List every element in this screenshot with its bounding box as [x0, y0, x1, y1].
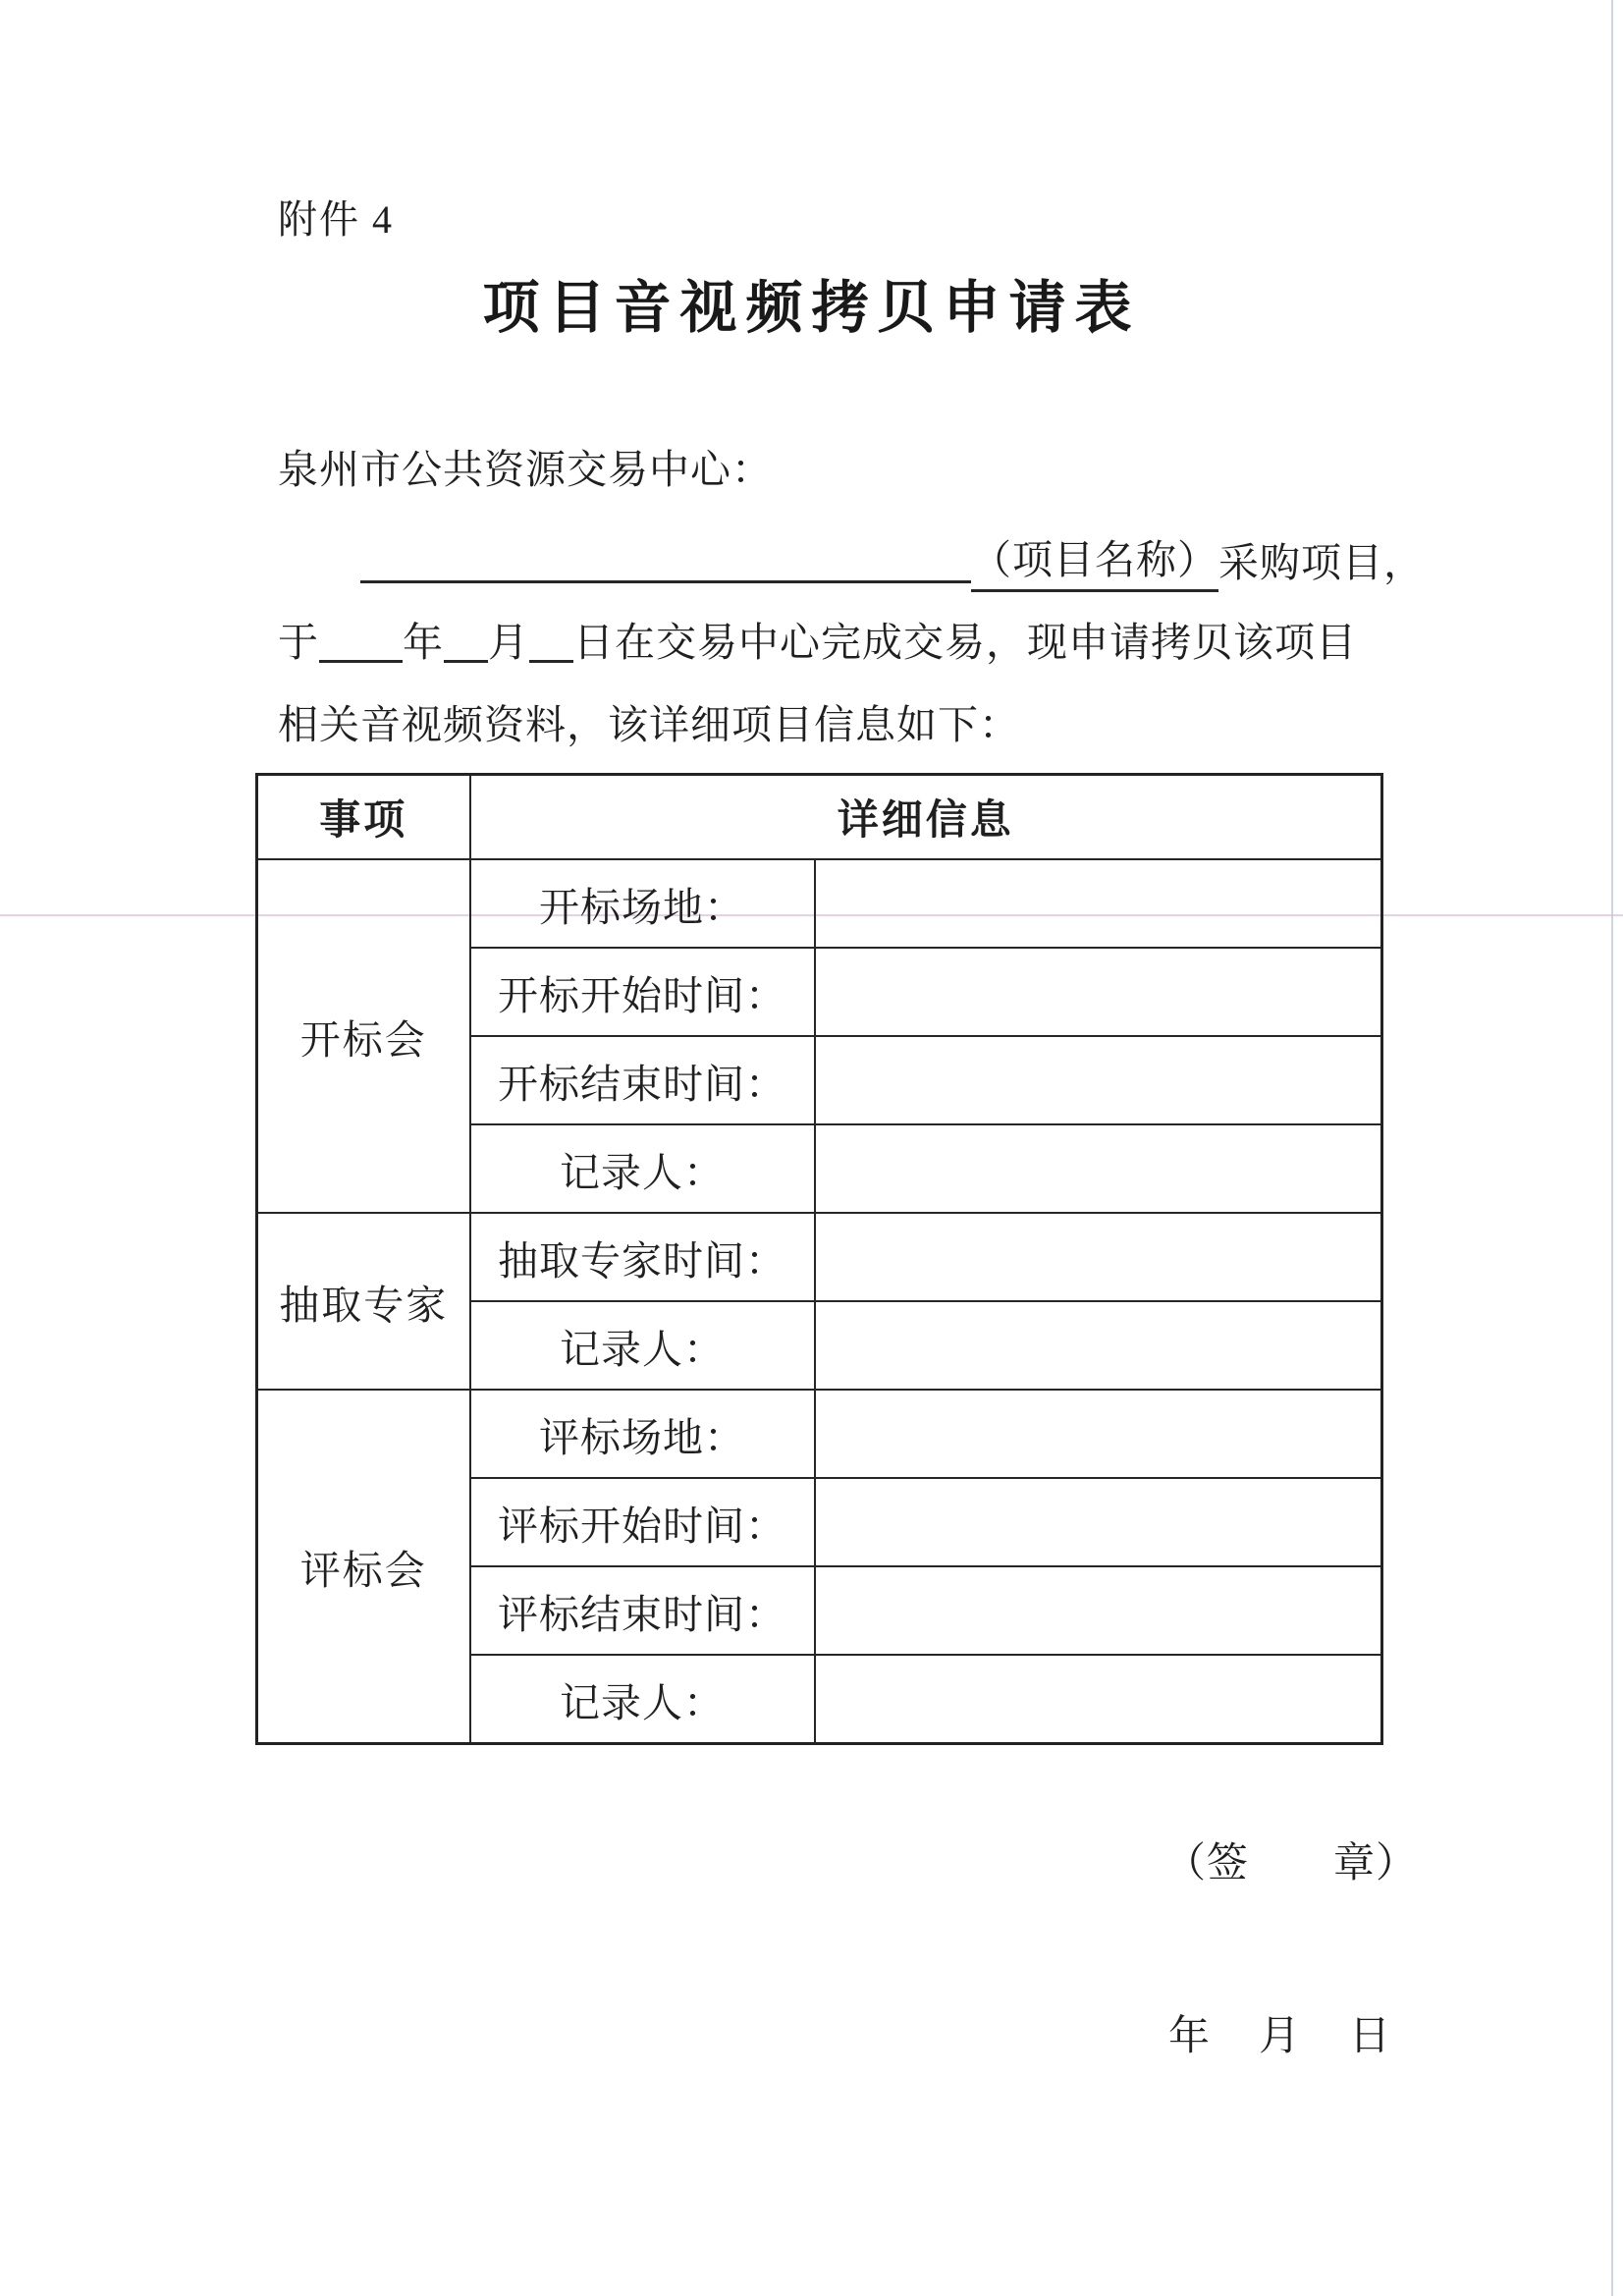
form-title: 项目音视频拷贝申请表 — [0, 261, 1623, 344]
field-value-cell — [815, 859, 1382, 948]
field-value-cell — [815, 948, 1382, 1036]
table-header-row: 事项 详细信息 — [257, 775, 1382, 860]
table-row: 评标会 评标场地： — [257, 1390, 1382, 1478]
year-blank-underline — [319, 620, 403, 663]
field-label-extraction-time: 抽取专家时间： — [470, 1213, 815, 1301]
field-value-cell — [815, 1655, 1382, 1744]
date-line-prefix: 于 — [278, 620, 319, 665]
field-value-cell — [815, 1566, 1382, 1655]
field-label-evaluation-end-time: 评标结束时间： — [470, 1566, 815, 1655]
salutation-line: 泉州市公共资源交易中心： — [278, 440, 773, 499]
table-row: 开标会 开标场地： — [257, 859, 1382, 948]
month-blank-underline — [444, 620, 488, 663]
attachment-label: 附件 4 — [278, 189, 394, 245]
field-value-cell — [815, 1301, 1382, 1390]
project-name-line: （项目名称）采购项目， — [278, 530, 1425, 592]
project-name-placeholder: （项目名称） — [971, 530, 1218, 592]
scan-artifact-vertical-line — [1611, 0, 1613, 2296]
field-label-evaluation-start-time: 评标开始时间： — [470, 1478, 815, 1566]
field-value-cell — [815, 1124, 1382, 1213]
field-label-evaluation-recorder: 记录人： — [470, 1655, 815, 1744]
field-label-opening-end-time: 开标结束时间： — [470, 1036, 815, 1124]
date-line-suffix: 日在交易中心完成交易，现申请拷贝该项目 — [573, 620, 1357, 665]
project-name-blank-underline — [360, 540, 971, 583]
date-stamp-line: 年 月 日 — [1168, 2003, 1394, 2062]
field-label-extraction-recorder: 记录人： — [470, 1301, 815, 1390]
transaction-date-line: 于年月日在交易中心完成交易，现申请拷贝该项目 — [278, 613, 1357, 672]
category-cell-bid-opening: 开标会 — [257, 859, 470, 1213]
body-line: 相关音视频资料，该详细项目信息如下： — [278, 695, 1020, 754]
scanned-form-page: 附件 4 项目音视频拷贝申请表 泉州市公共资源交易中心： （项目名称）采购项目，… — [0, 0, 1623, 2296]
table-row: 抽取专家 抽取专家时间： — [257, 1213, 1382, 1301]
column-header-detail: 详细信息 — [470, 775, 1382, 860]
project-info-table: 事项 详细信息 开标会 开标场地： 开标开始时间： 开标结束时间： 记录人： 抽… — [255, 773, 1383, 1745]
field-value-cell — [815, 1213, 1382, 1301]
field-label-opening-venue: 开标场地： — [470, 859, 815, 948]
year-label: 年 — [403, 620, 444, 665]
category-cell-bid-evaluation: 评标会 — [257, 1390, 470, 1744]
column-header-item: 事项 — [257, 775, 470, 860]
day-blank-underline — [529, 620, 573, 663]
field-label-opening-start-time: 开标开始时间： — [470, 948, 815, 1036]
field-value-cell — [815, 1036, 1382, 1124]
field-label-opening-recorder: 记录人： — [470, 1124, 815, 1213]
month-label: 月 — [488, 620, 529, 665]
field-value-cell — [815, 1390, 1382, 1478]
signature-seal-line: （签 章） — [1164, 1831, 1418, 1889]
field-value-cell — [815, 1478, 1382, 1566]
category-cell-expert-extraction: 抽取专家 — [257, 1213, 470, 1390]
field-label-evaluation-venue: 评标场地： — [470, 1390, 815, 1478]
project-name-suffix: 采购项目， — [1218, 540, 1425, 585]
